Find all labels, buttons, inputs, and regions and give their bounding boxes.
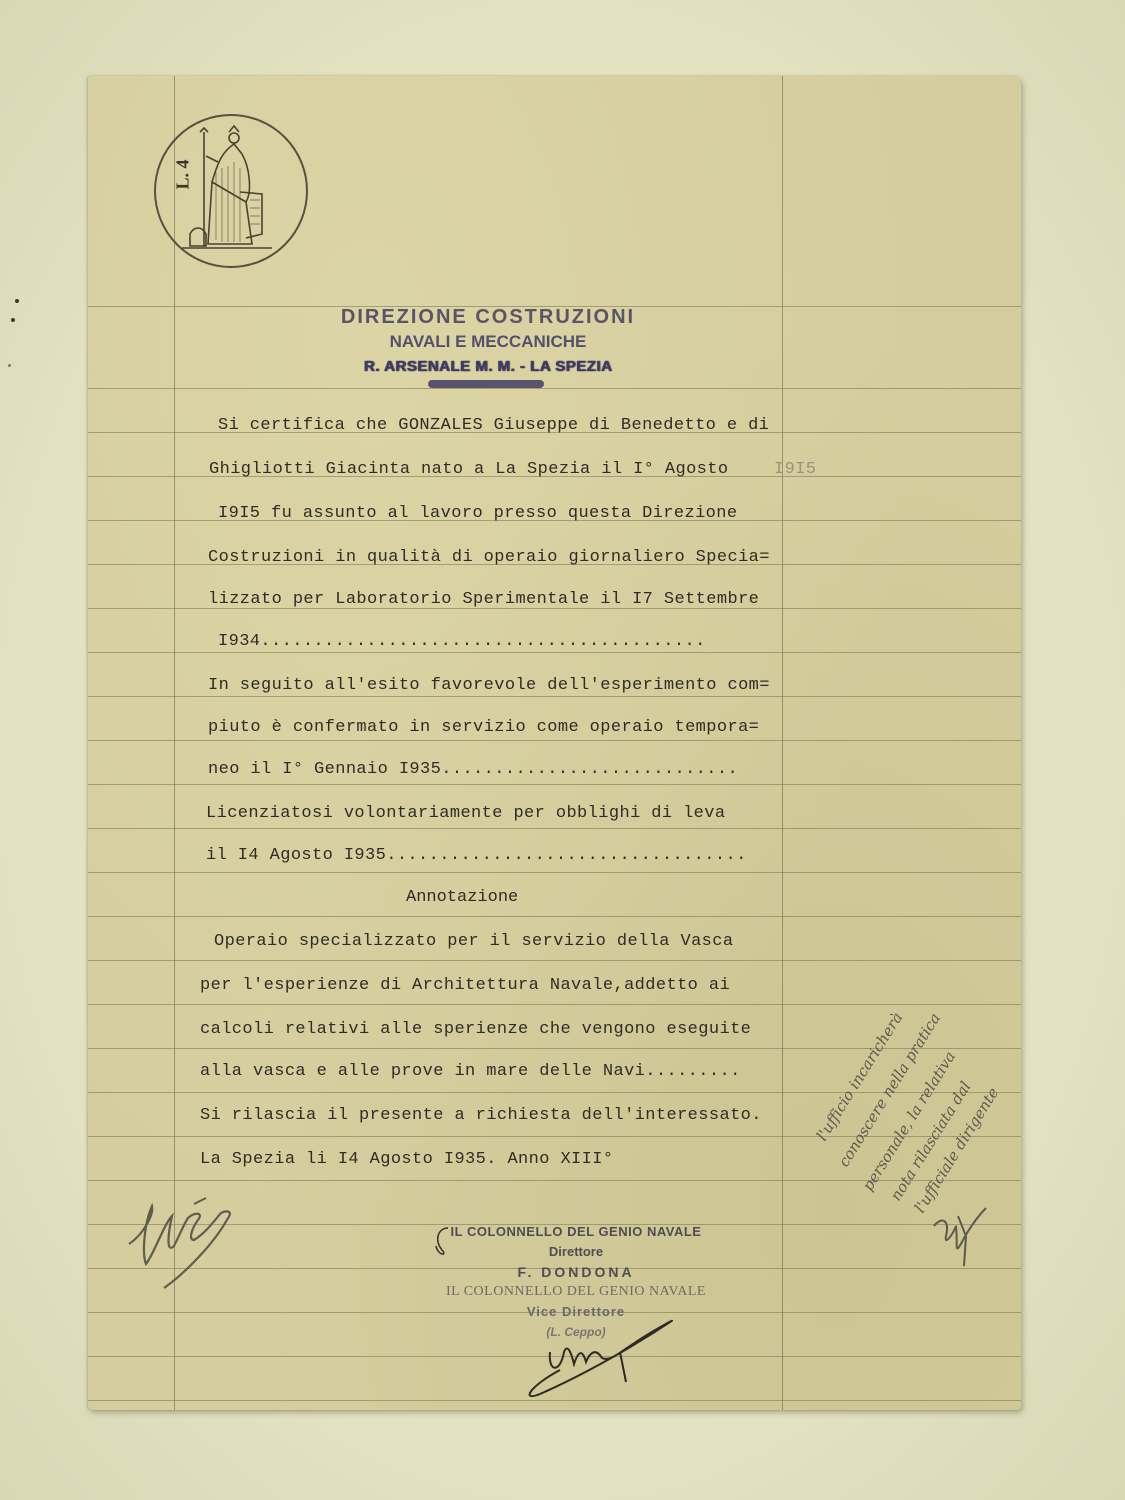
stamp-underline-bar <box>428 380 544 388</box>
ruled-line <box>88 872 1021 873</box>
annotation-line: Si rilascia il presente a richiesta dell… <box>200 1106 762 1125</box>
stamp-line-direzione: DIREZIONE COSTRUZIONI <box>288 306 688 329</box>
pencil-signature-icon <box>124 1184 254 1294</box>
background-speck <box>15 299 19 303</box>
ink-signature-icon <box>520 1312 700 1402</box>
body-line: Licenziatosi volontariamente per obbligh… <box>206 804 725 823</box>
body-line: Ghigliotti Giacinta nato a La Spezia il … <box>209 460 728 479</box>
body-line: Si certifica che GONZALES Giuseppe di Be… <box>218 416 769 435</box>
faint-strikeover-text: I9I5 <box>774 460 816 479</box>
revenue-stamp-seal: L. 4 <box>154 114 308 268</box>
body-line: piuto è confermato in servizio come oper… <box>208 718 759 737</box>
stamp-line-arsenale: R. ARSENALE M. M. - LA SPEZIA <box>288 358 688 375</box>
certificate-sheet: L. 4 DIREZIONE COSTRUZIONI NAVALI E MECC… <box>88 76 1021 1410</box>
ruled-line <box>88 784 1021 785</box>
stamp-line-navali: NAVALI E MECCANICHE <box>288 332 688 352</box>
background-speck <box>11 318 15 322</box>
annotation-line: per l'esperienze di Architettura Navale,… <box>200 976 730 995</box>
ruled-line <box>88 828 1021 829</box>
annotation-line: alla vasca e alle prove in mare delle Na… <box>200 1062 741 1081</box>
signatory-name: F. DONDONA <box>406 1262 746 1282</box>
right-margin-line <box>782 76 783 1410</box>
ruled-line <box>88 388 1021 389</box>
annotation-line: Operaio specializzato per il servizio de… <box>214 932 733 951</box>
ruled-line <box>88 740 1021 741</box>
vice-signatory-title: IL COLONNELLO DEL GENIO NAVALE <box>406 1282 746 1302</box>
annotation-heading: Annotazione <box>406 888 518 907</box>
body-line: Costruzioni in qualità di operaio giorna… <box>208 548 770 567</box>
body-line: I934....................................… <box>218 632 706 651</box>
ink-flourish-icon <box>428 1226 458 1256</box>
annotation-line: calcoli relativi alle sperienze che veng… <box>200 1020 751 1039</box>
ruled-line <box>88 696 1021 697</box>
margin-handwritten-note: l'ufficio incaricherà conoscere nella pr… <box>818 876 1021 1196</box>
body-line: In seguito all'esito favorevole dell'esp… <box>208 676 770 695</box>
background-speck <box>8 364 11 367</box>
body-line: I9I5 fu assunto al lavoro presso questa … <box>218 504 737 523</box>
pencil-initials-icon <box>928 1196 998 1276</box>
ruled-line <box>88 652 1021 653</box>
body-line: neo il I° Gennaio I935..................… <box>208 760 738 779</box>
body-line: lizzato per Laboratorio Sperimentale il … <box>208 590 759 609</box>
body-line: il I4 Agosto I935.......................… <box>206 846 747 865</box>
italia-turrita-figure-icon <box>182 122 282 260</box>
annotation-line: La Spezia li I4 Agosto I935. Anno XIII° <box>200 1150 613 1169</box>
